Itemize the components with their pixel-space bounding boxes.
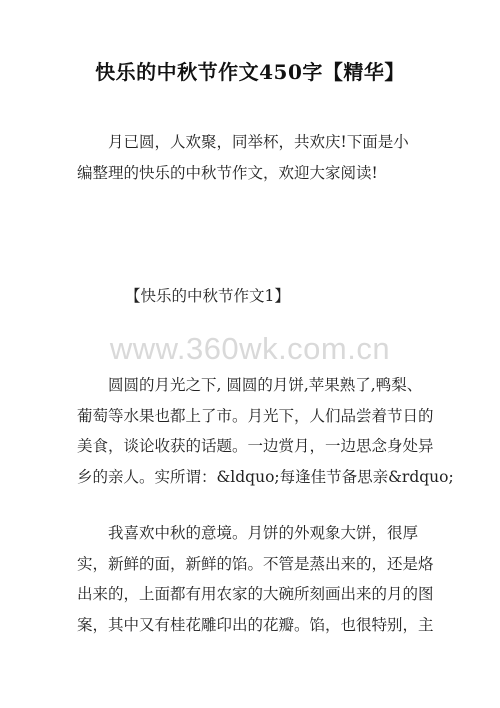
text-line: 实，新鲜的面，新鲜的馅。不管是蒸出来的，还是烙: [77, 549, 429, 580]
text-line: 我喜欢中秋的意境。月饼的外观象大饼，很厚: [77, 518, 429, 549]
text-line: 案，其中又有桂花雕印出的花瓣。馅，也很特别，主: [77, 610, 429, 641]
text-line: 乡的亲人。实所谓：&ldquo;每逢佳节备思亲&rdquo;: [77, 462, 429, 493]
text-line: 美食，谈论收获的话题。一边赏月，一边思念身处异: [77, 431, 429, 462]
text-line: 葡萄等水果也都上了市。月光下，人们品尝着节日的: [77, 401, 429, 432]
text-line: 编整理的快乐的中秋节作文，欢迎大家阅读!: [77, 158, 429, 189]
text-line: 出来的，上面都有用农家的大碗所刻画出来的月的图: [77, 579, 429, 610]
intro-paragraph: 月已圆，人欢聚，同举杯，共欢庆!下面是小 编整理的快乐的中秋节作文，欢迎大家阅读…: [77, 127, 429, 188]
body-paragraph-2: 我喜欢中秋的意境。月饼的外观象大饼，很厚 实，新鲜的面，新鲜的馅。不管是蒸出来的…: [77, 518, 429, 640]
text-line: 圆圆的月光之下, 圆圆的月饼,苹果熟了,鸭梨、: [77, 370, 429, 401]
document-title: 快乐的中秋节作文450字【精华】: [0, 56, 500, 85]
section-heading: 【快乐的中秋节作文1】: [125, 284, 290, 306]
body-paragraph-1: 圆圆的月光之下, 圆圆的月饼,苹果熟了,鸭梨、 葡萄等水果也都上了市。月光下，人…: [77, 370, 429, 492]
watermark: www.360wk.com.cn: [0, 331, 500, 367]
text-line: 月已圆，人欢聚，同举杯，共欢庆!下面是小: [77, 127, 429, 158]
